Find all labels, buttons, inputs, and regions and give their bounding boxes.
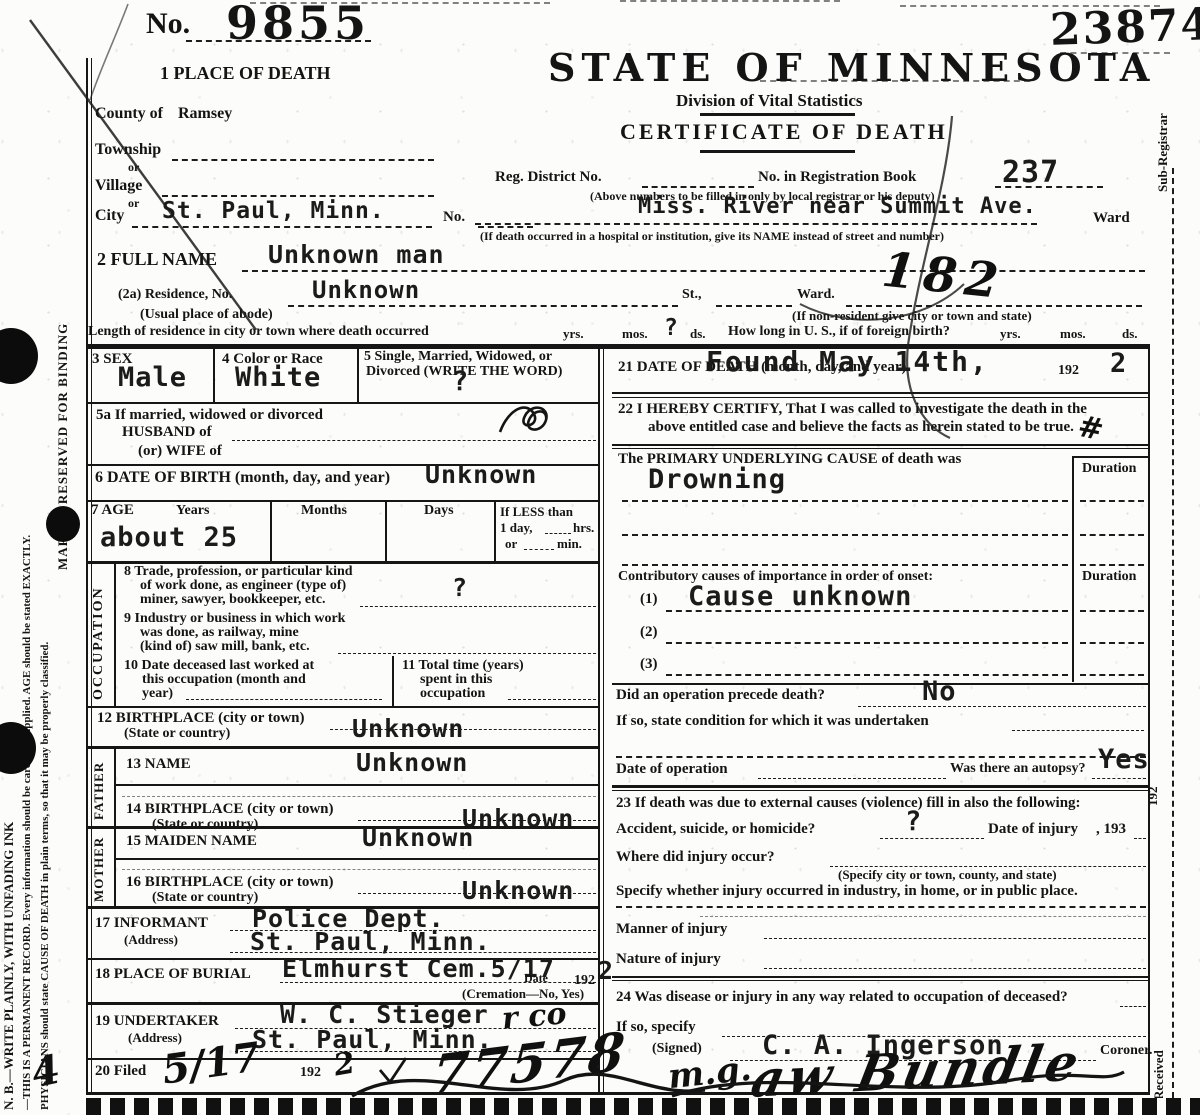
- right-margin-192: 192: [1146, 762, 1159, 806]
- length-mos: mos.: [622, 327, 648, 341]
- length-yrs2: yrs.: [1000, 327, 1021, 341]
- coroner-title: Coroner.: [1100, 1044, 1153, 1059]
- division-underline: [700, 113, 855, 116]
- fullname-value: Unknown man: [268, 242, 445, 267]
- residence-line2: [716, 305, 792, 307]
- contrib-line-3: [666, 674, 1068, 676]
- husband-line: [232, 440, 596, 441]
- age-label: 7 AGE: [91, 503, 134, 519]
- occ10-label-3: year): [142, 687, 173, 702]
- injury-rule-2: [612, 980, 1148, 981]
- autopsy-label: Was there an autopsy?: [950, 762, 1085, 777]
- operation-condition-label: If so, state condition for which it was …: [616, 714, 929, 730]
- accident-answer: ?: [905, 808, 922, 835]
- margin-reserved-binding: MARGIN RESERVED FOR BINDING: [56, 100, 69, 570]
- length-us-label: How long in U. S., if of foreign birth?: [728, 325, 950, 340]
- informant-label: 17 INFORMANT: [95, 916, 208, 932]
- manner-injury-line: [764, 938, 1146, 939]
- occ10-11-divider: [392, 656, 394, 706]
- accident-label: Accident, suicide, or homicide?: [616, 822, 815, 838]
- age-div1: [270, 500, 272, 561]
- birthplace-sub: (State or country): [124, 727, 230, 742]
- specify-injury-label: Specify whether injury occurred in indus…: [616, 884, 1078, 900]
- race-marital-divider: [357, 349, 359, 402]
- mother-side-label: MOTHER: [92, 836, 105, 902]
- residence-st-label: St.,: [682, 288, 701, 303]
- occ8-line: [360, 606, 596, 607]
- operation-line: [858, 706, 1146, 707]
- contrib-line-2-dur: [1080, 642, 1144, 644]
- date-of-death-year: 192: [1058, 364, 1079, 379]
- contributory-n3: (3): [640, 657, 658, 673]
- burial-line: [280, 982, 596, 983]
- ink-blob-3: [46, 506, 80, 542]
- age-less-line2b: hrs.: [573, 521, 594, 535]
- operation-date-label: Date of operation: [616, 762, 728, 778]
- injury-date-label: Date of injury: [988, 822, 1078, 838]
- row12-bottom-line: [86, 746, 600, 749]
- undertaker-value-1: W. C. Stieger: [280, 1002, 489, 1027]
- ifso-label: If so, specify: [616, 1020, 696, 1036]
- village-or: or: [128, 197, 139, 210]
- related-line: [1120, 1006, 1146, 1007]
- occ11-line: [508, 699, 596, 700]
- cause-line-1-dur: [1080, 500, 1144, 502]
- hash-mark-handwritten: #: [1075, 412, 1106, 447]
- primary-cause-value: Drowning: [648, 466, 786, 493]
- mother-name-value: Unknown: [362, 825, 474, 850]
- title-underline: [700, 150, 855, 153]
- city-no-label: No.: [443, 210, 465, 226]
- burial-value: Elmhurst Cem.5/17: [282, 956, 555, 981]
- occ10-line: [186, 699, 382, 700]
- township-or: or: [128, 161, 139, 174]
- date-of-death-suffix: 2: [1110, 350, 1127, 377]
- length-label: Length of residence in city or town wher…: [88, 325, 429, 340]
- duration-header-1: Duration: [1082, 462, 1136, 477]
- contrib-line-3-dur: [1080, 674, 1144, 676]
- filed-label: 20 Filed: [95, 1064, 146, 1080]
- row5-bottom-line: [86, 402, 600, 404]
- mother-bp-value: Unknown: [462, 878, 574, 903]
- reg-district-line: [642, 186, 754, 188]
- residence-value: Unknown: [312, 278, 420, 302]
- accident-line: [880, 838, 984, 839]
- occupation-side-divider: [114, 564, 116, 706]
- row22-rule-2: [612, 448, 1148, 449]
- informant-line-2: [230, 952, 596, 953]
- reg-book-line: [995, 186, 1103, 188]
- certificate-no-label: No.: [146, 8, 190, 40]
- husband-label: HUSBAND of: [122, 425, 212, 441]
- fullname-label: 2 FULL NAME: [97, 250, 217, 269]
- county-label: County of: [95, 106, 163, 123]
- city-no-line: [478, 226, 533, 228]
- father-side-label: FATHER: [92, 754, 105, 820]
- form-left-border-outer: [86, 58, 88, 1092]
- manner-injury-label: Manner of injury: [616, 922, 727, 938]
- burial-cremation-note: (Cremation—No, Yes): [462, 987, 584, 1001]
- contrib-line-2: [666, 642, 1068, 644]
- occ11-label-3: occupation: [420, 687, 485, 702]
- contributory-n1: (1): [640, 592, 658, 608]
- reg-district-label: Reg. District No.: [495, 170, 602, 186]
- mother-name-underline: [116, 858, 598, 860]
- married-label: 5a If married, widowed or divorced: [96, 408, 323, 424]
- fullname-line: [242, 270, 1145, 272]
- injury-blank-line-1: [616, 906, 1146, 908]
- torn-bottom-edge: [86, 1098, 1200, 1115]
- filed-date-handwritten: 5/17: [160, 1037, 263, 1090]
- where-injury-label: Where did injury occur?: [616, 850, 774, 866]
- age-less-line3b: min.: [557, 537, 582, 551]
- sex-value: Male: [118, 364, 187, 391]
- residence-abode-note: (Usual place of abode): [140, 308, 273, 323]
- length-ds2: ds.: [1122, 327, 1138, 341]
- right-margin-received: Received: [1152, 1006, 1165, 1100]
- operation-condition-line: [1012, 730, 1144, 731]
- occupation-side-label: OCCUPATION: [92, 575, 106, 700]
- death-location-value: Miss. River near Summit Ave.: [638, 196, 1037, 218]
- residence-nonres-note: (If non-resident give city or town and s…: [792, 309, 1032, 323]
- death-certificate-scan: No. 9855 23874 STATE OF MINNESOTA Divisi…: [0, 0, 1200, 1115]
- city-label: City: [95, 208, 124, 225]
- occ9-line: [338, 653, 596, 654]
- operation-blank-line: [616, 756, 1146, 758]
- date-of-death-value: Found May 14th,: [706, 348, 989, 376]
- occ8-value: ?: [452, 575, 468, 600]
- scan-edge-dash-2: [620, 0, 840, 2]
- undertaker-sub: (Address): [128, 1031, 182, 1045]
- father-mid-dash: [122, 796, 596, 797]
- division-subtitle: Division of Vital Statistics: [676, 92, 863, 110]
- father-name-underline: [116, 784, 598, 786]
- row6-bottom-line: [86, 500, 600, 502]
- top-left-edge-line: [90, 4, 128, 100]
- operation-date-line: [758, 778, 946, 779]
- reg-note2: (If death occurred in a hospital or inst…: [480, 230, 944, 243]
- length-mos2: mos.: [1060, 327, 1086, 341]
- age-less-line2a: 1 day,: [500, 521, 533, 535]
- duration-arrow-line: [1072, 456, 1148, 458]
- certificate-no-value: 9855: [226, 0, 370, 50]
- age-value: about 25: [100, 524, 238, 551]
- where-injury-note: (Specify city or town, county, and state…: [838, 868, 1057, 882]
- age-div3: [494, 500, 496, 561]
- certificate-title: CERTIFICATE OF DEATH: [620, 120, 948, 143]
- occ8-label-3: miner, sawyer, bookkeeper, etc.: [140, 593, 326, 608]
- ward-label: Ward: [1093, 211, 1130, 227]
- dob-value: Unknown: [425, 462, 537, 487]
- cause-line-3-dur: [1080, 564, 1144, 566]
- county-value: Ramsey: [178, 106, 232, 123]
- dob-label: 6 DATE OF BIRTH (month, day, and year): [95, 470, 390, 487]
- main-divider-rule: [86, 344, 1150, 349]
- duration-column-divider: [1072, 456, 1074, 682]
- city-value: St. Paul, Minn.: [162, 200, 385, 223]
- row21-rule-1: [612, 392, 1148, 394]
- undertaker-label: 19 UNDERTAKER: [95, 1014, 219, 1030]
- residence-label: (2a) Residence, No.: [118, 288, 232, 303]
- informant-sub: (Address): [124, 933, 178, 947]
- reg-book-value: 237: [1002, 158, 1059, 188]
- age-hrs-line: [545, 533, 571, 534]
- certify-line-1: 22 I HEREBY CERTIFY, That I was called t…: [618, 402, 1087, 418]
- informant-value-2: St. Paul, Minn.: [250, 929, 491, 954]
- contrib-line-1: [666, 610, 1068, 612]
- injury-year-label: , 193: [1096, 822, 1126, 838]
- contributory-n2: (2): [640, 625, 658, 641]
- age-months-header: Months: [301, 504, 347, 519]
- operation-rule-1: [612, 785, 1148, 788]
- operation-question: Did an operation precede death?: [616, 688, 825, 704]
- township-line: [172, 159, 434, 161]
- father-bottom-line: [86, 826, 600, 829]
- cause-line-2-dur: [1080, 534, 1144, 536]
- row22-rule-1: [612, 444, 1148, 446]
- length-ds: ds.: [690, 327, 706, 341]
- row21-rule-2: [612, 397, 1148, 398]
- age-min-line: [524, 549, 554, 550]
- residence-line1: [288, 305, 678, 307]
- father-name-label: 13 NAME: [126, 757, 191, 773]
- mother-bp-label: 16 BIRTHPLACE (city or town): [126, 875, 334, 891]
- age-less-line1: If LESS than: [500, 505, 573, 519]
- occ9-label-3: (kind of) saw mill, bank, etc.: [140, 640, 310, 655]
- age-less-line3a: or: [505, 537, 517, 551]
- birthplace-label: 12 BIRTHPLACE (city or town): [97, 711, 305, 727]
- sex-race-divider: [213, 349, 215, 402]
- autopsy-answer: Yes: [1098, 746, 1150, 773]
- cause-line-1: [622, 500, 1068, 502]
- filed-check-stroke: [380, 1058, 406, 1082]
- wife-label: (or) WIFE of: [138, 444, 222, 460]
- length-yrs: yrs.: [563, 327, 584, 341]
- reg-book-label: No. in Registration Book: [758, 170, 916, 186]
- operation-answer: No: [922, 678, 957, 705]
- nature-injury-label: Nature of injury: [616, 952, 721, 968]
- certify-line-2: above entitled case and believe the fact…: [648, 420, 1074, 436]
- village-line: [162, 195, 434, 197]
- contributory-value-1: Cause unknown: [688, 583, 912, 610]
- father-side-divider: [114, 749, 116, 826]
- mother-bp-sub: (State or country): [152, 891, 258, 906]
- city-line: [132, 226, 432, 228]
- age-days-header: Days: [424, 504, 454, 519]
- margin-note-physicians: PHYSICIANS should state CAUSE OF DEATH i…: [40, 330, 51, 1110]
- right-margin-dashed-line: [1172, 168, 1174, 1098]
- filed-year: 192: [300, 1066, 321, 1081]
- form-right-border: [1148, 346, 1150, 1092]
- residence-handwritten-number: 182: [880, 246, 1009, 307]
- margin-note-nb: N. B.—WRITE PLAINLY, WITH UNFADING INK: [2, 555, 15, 1110]
- age-years-header: Years: [176, 504, 209, 519]
- duration-header-2: Duration: [1082, 570, 1136, 585]
- death-location-line: [475, 223, 1037, 225]
- village-label: Village: [95, 178, 142, 195]
- mother-mid-dash: [122, 869, 596, 870]
- mother-name-label: 15 MAIDEN NAME: [126, 834, 257, 850]
- injury-rule-1: [612, 976, 1148, 978]
- residence-ward-label: Ward.: [797, 288, 835, 303]
- scan-edge-dash-3: [900, 5, 1160, 7]
- place-of-death-section: 1 PLACE OF DEATH: [160, 64, 331, 83]
- state-strike: [760, 80, 1030, 82]
- occupation-bottom-line: [86, 706, 600, 708]
- related-question: 24 Was disease or injury in any way rela…: [616, 990, 1068, 1006]
- injury-year-line: [1134, 838, 1146, 839]
- township-label: Township: [95, 142, 161, 159]
- burial-label: 18 PLACE OF BURIAL: [95, 967, 251, 983]
- marital-value: ?: [452, 368, 469, 395]
- marital-label-line1: 5 Single, Married, Widowed, or: [364, 350, 552, 365]
- father-name-value: Unknown: [356, 750, 468, 775]
- external-intro: 23 If death was due to external causes (…: [616, 796, 1081, 812]
- length-ds-value: ?: [664, 317, 679, 340]
- registrar-mg-scrawl: m.g.: [666, 1052, 753, 1095]
- scribble-5a: [500, 408, 547, 432]
- mother-side-divider: [114, 829, 116, 906]
- age-div2: [385, 500, 387, 561]
- operation-rule-2: [612, 790, 1148, 791]
- scan-edge-dash-1: [250, 2, 550, 4]
- race-value: White: [235, 364, 321, 391]
- birthplace-value: Unknown: [352, 716, 464, 741]
- autopsy-line: [1092, 778, 1146, 779]
- father-bp-label: 14 BIRTHPLACE (city or town): [126, 802, 334, 818]
- cause-line-3: [622, 564, 1068, 566]
- cause-line-2: [622, 534, 1068, 536]
- sub-registrar-label: Sub-Registrar: [1156, 62, 1169, 192]
- nature-injury-line: [764, 968, 1146, 969]
- contrib-bottom-line: [612, 683, 1148, 685]
- injury-blank-line-2: [700, 916, 1146, 917]
- contrib-line-1-dur: [1080, 610, 1144, 612]
- burial-date-label: Date: [524, 972, 548, 985]
